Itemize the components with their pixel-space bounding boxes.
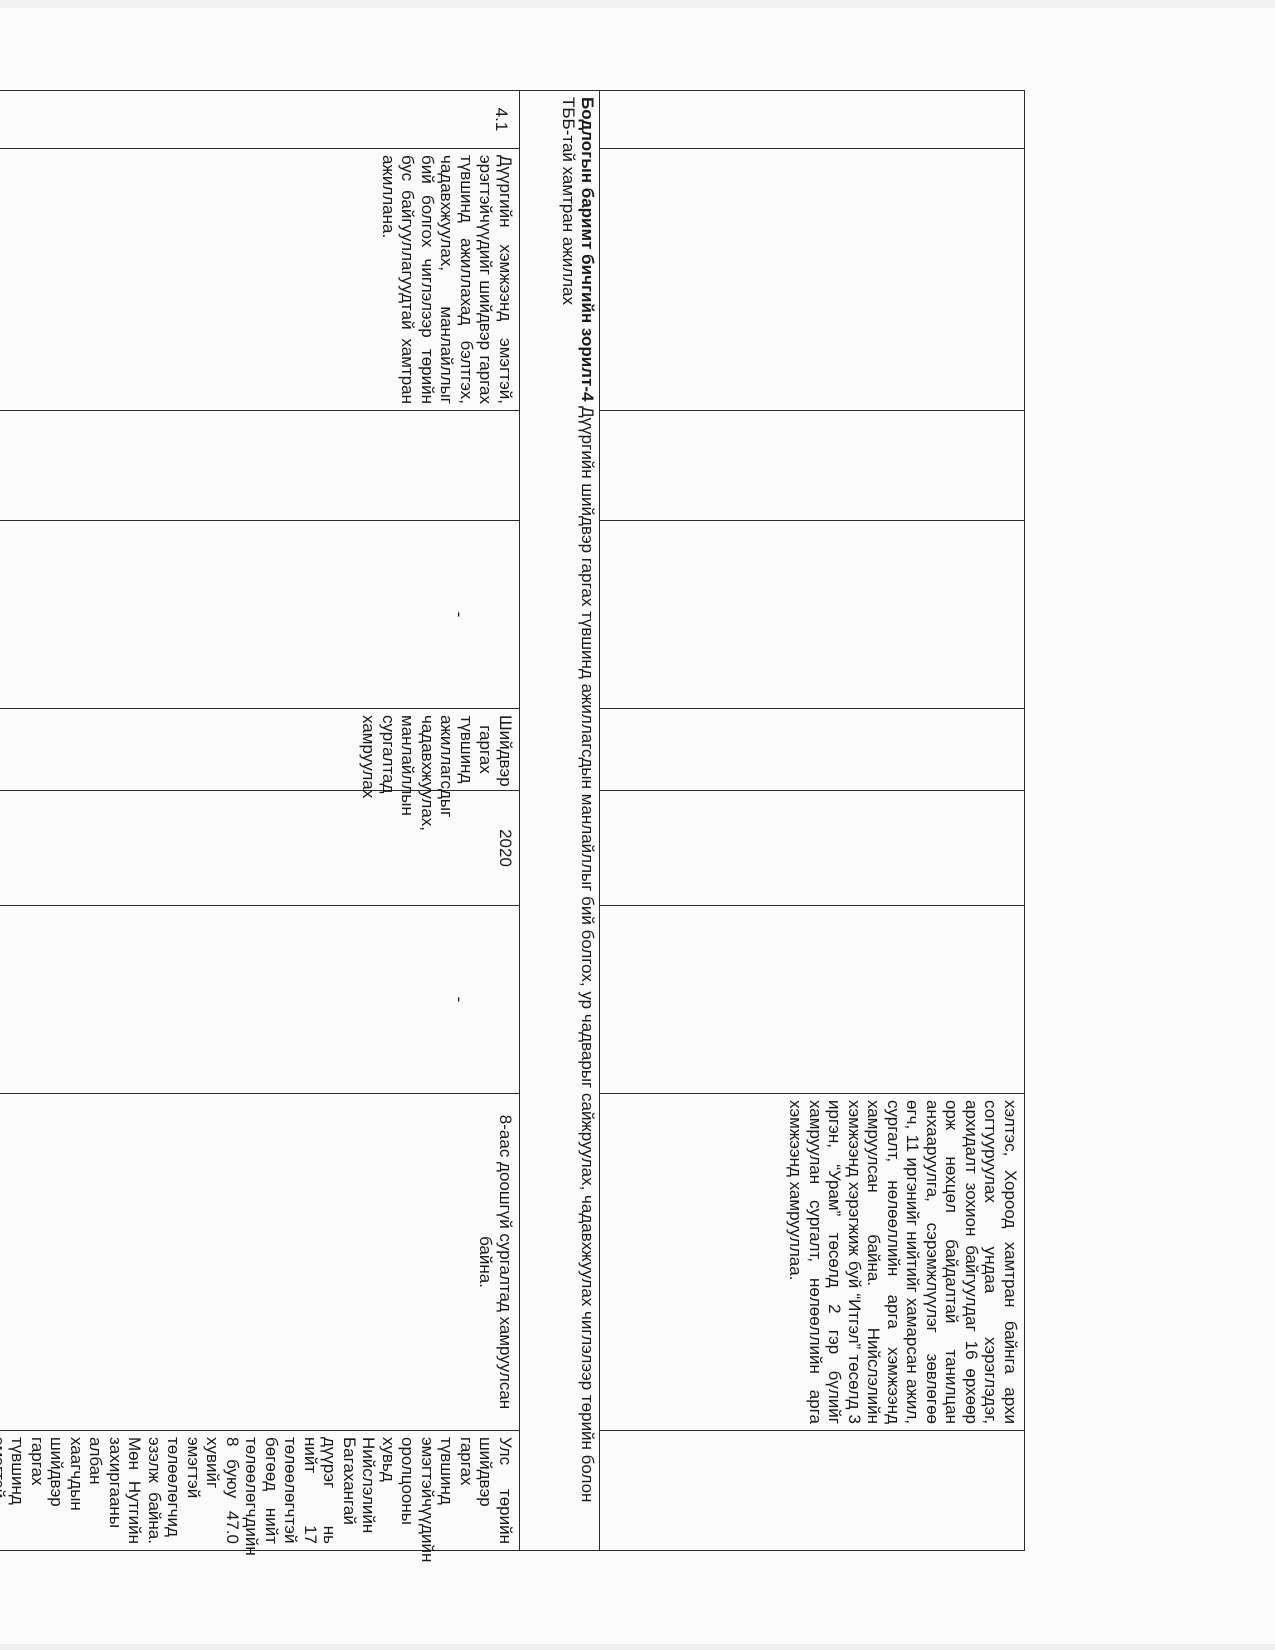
rotated-table-sheet: хэлтэс, Хороод хамтран байнга архи согту… — [95, 90, 1025, 1550]
cell-prev-target — [600, 906, 1025, 1094]
goal-header-title: Бодлогын баримт бичгийн зорилт-4 — [578, 97, 597, 401]
goal-header-row: Бодлогын баримт бичгийн зорилт-4 Дүүргий… — [520, 91, 600, 1551]
cell-row-number: 4.1 — [0, 91, 520, 149]
cell-target: 8-аас доошгүй сургалтад хамруулсан байна… — [0, 1094, 520, 1431]
cell-progress: Улс төрийн шийдвэр гаргах түвшинд эмэгтэ… — [0, 1431, 520, 1551]
cell-prev-indicator — [600, 521, 1025, 709]
goal-header-cell: Бодлогын баримт бичгийн зорилт-4 Дүүргий… — [520, 91, 600, 1551]
scan-edge-bottom — [0, 1644, 1275, 1650]
cell-prev-progress: хэлтэс, Хороод хамтран байнга архи согту… — [600, 1094, 1025, 1431]
cell-col7: - — [0, 906, 520, 1094]
cell-prev-action — [600, 149, 1025, 411]
table-row-4-1: 4.1 Дүүргийн хэмжээнд эмэгтэй, эрэгтэйчү… — [0, 91, 520, 1551]
cell-prev-score — [600, 1431, 1025, 1551]
action-plan-table: хэлтэс, Хороод хамтран байнга архи согту… — [0, 90, 1025, 1551]
cell-baseline: - — [0, 521, 520, 709]
cell-prev-col3 — [600, 411, 1025, 521]
cell-prev-year — [600, 709, 1025, 791]
scan-edge-top — [0, 0, 1275, 8]
cell-prev-col7 — [600, 791, 1025, 906]
table-row-previous: хэлтэс, Хороод хамтран байнга архи согту… — [600, 91, 1025, 1551]
cell-action: Дүүргийн хэмжээнд эмэгтэй, эрэгтэйчүүдий… — [0, 149, 520, 411]
cell-col3 — [0, 411, 520, 521]
cell-prev-number — [600, 91, 1025, 149]
cell-indicator: Шийдвэр гаргах түвшинд ажиллагсдыг чадав… — [0, 709, 520, 791]
